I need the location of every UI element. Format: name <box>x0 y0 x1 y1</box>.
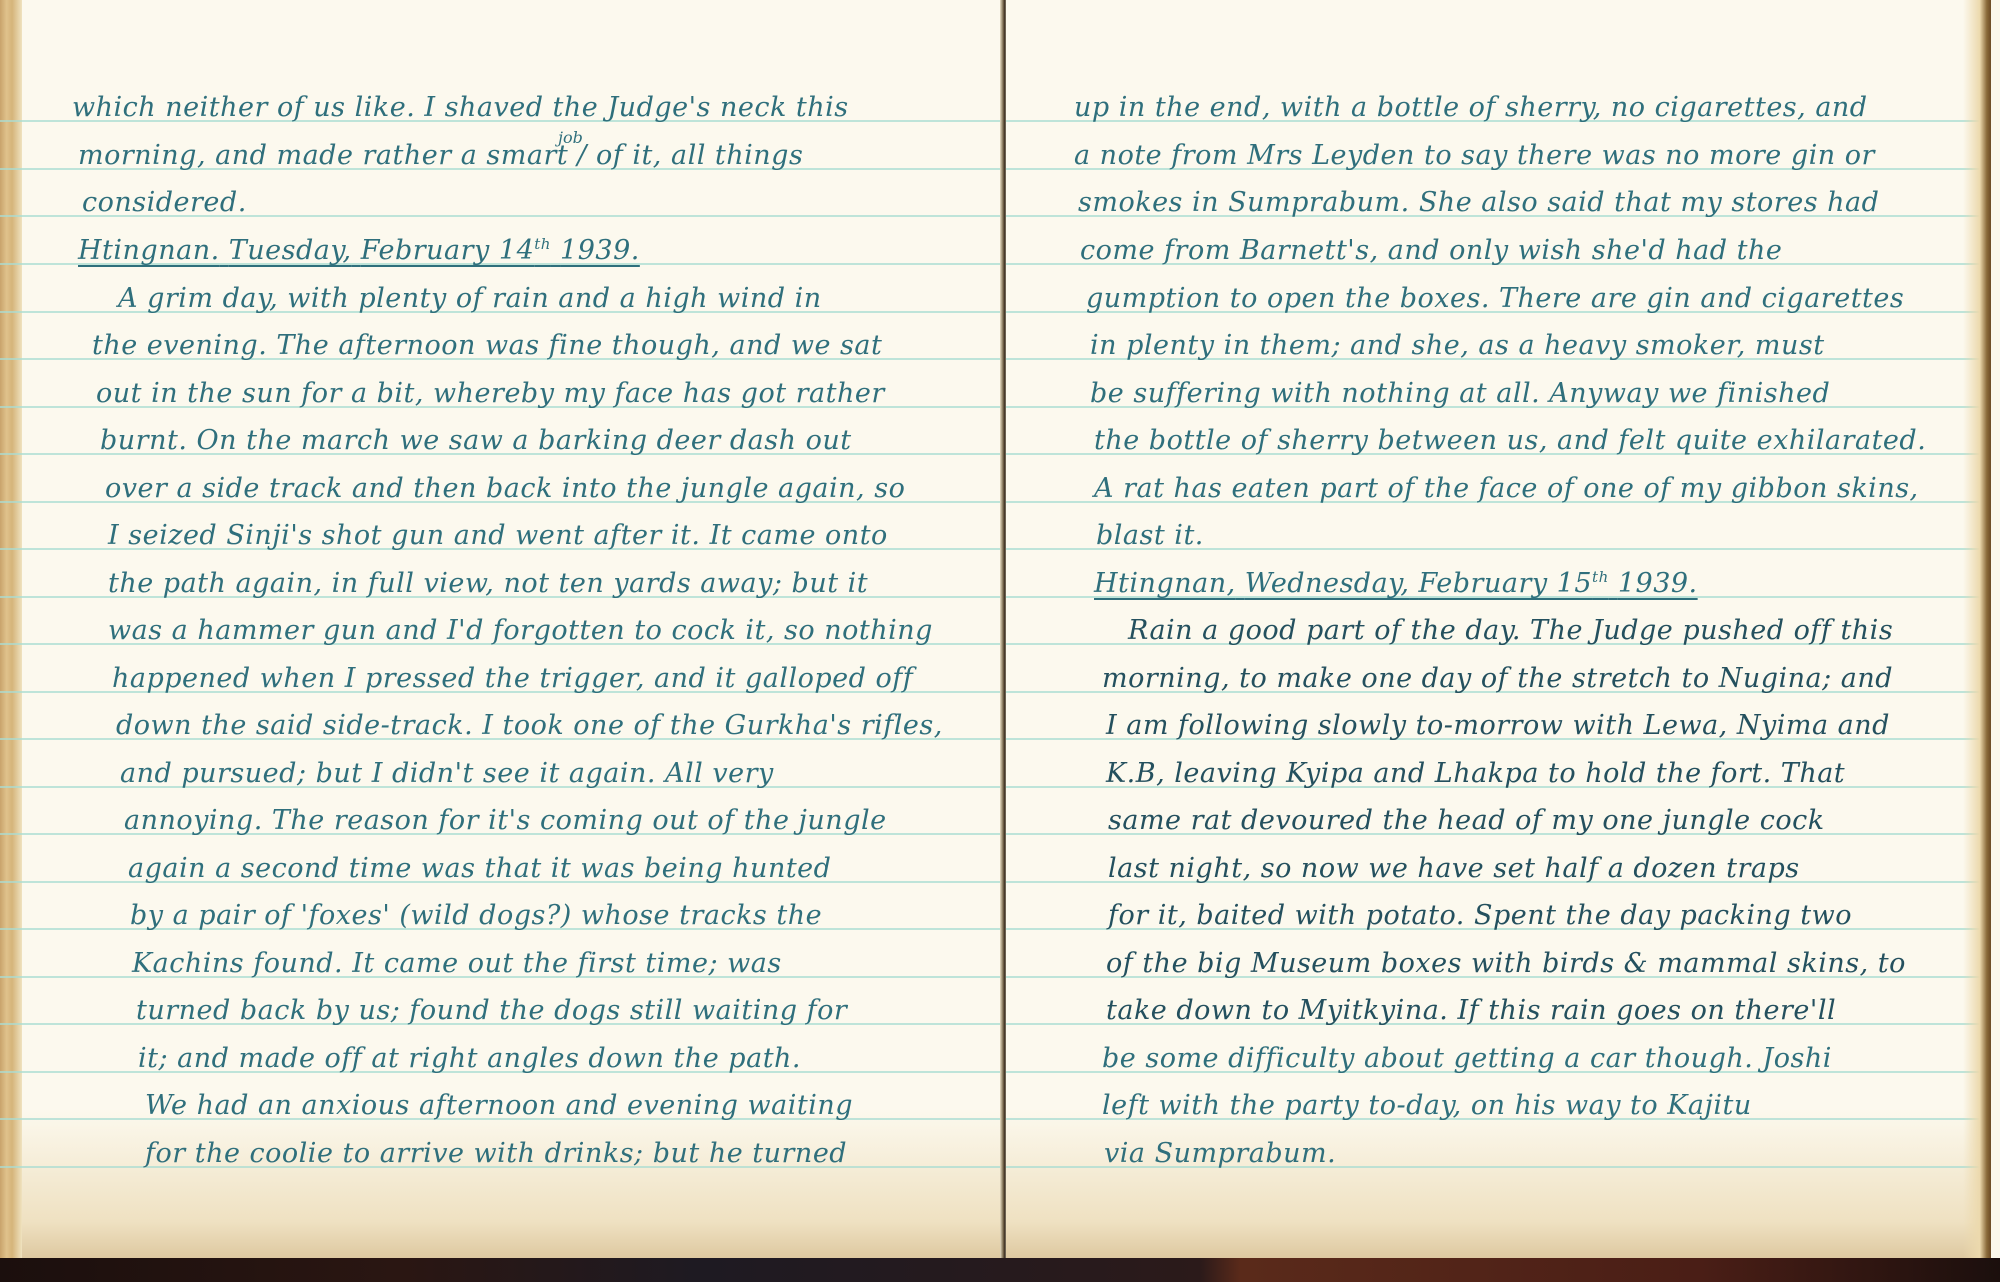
background-surface <box>0 1258 2000 1282</box>
heading-day: Tuesday, <box>229 235 352 266</box>
diary-line: smokes in Sumprabum. She also said that … <box>1078 187 1879 218</box>
heading-year: 1939. <box>560 235 640 266</box>
diary-line: again a second time was that it was bein… <box>128 853 831 884</box>
diary-line: for it, baited with potato. Spent the da… <box>1108 900 1852 931</box>
heading-ordinal: th <box>1592 568 1609 586</box>
left-page: which neither of us like. I shaved the J… <box>0 0 1002 1260</box>
diary-line: down the said side-track. I took one of … <box>116 710 943 741</box>
heading-year: 1939. <box>1618 568 1698 599</box>
diary-line: the path again, in full view, not ten ya… <box>108 568 868 599</box>
diary-line: left with the party to-day, on his way t… <box>1102 1090 1752 1121</box>
diary-line: I am following slowly to-morrow with Lew… <box>1106 710 1890 741</box>
diary-line: K.B, leaving Kyipa and Lhakpa to hold th… <box>1106 758 1845 789</box>
heading-day: Wednesday, <box>1245 568 1410 599</box>
diary-line: and pursued; but I didn't see it again. … <box>120 758 774 789</box>
diary-line: blast it. <box>1096 520 1204 551</box>
diary-line: in plenty in them; and she, as a heavy s… <box>1090 330 1825 361</box>
diary-line: morning, and made rather a smart / of it… <box>78 140 803 171</box>
right-page: up in the end, with a bottle of sherry, … <box>1006 0 1991 1260</box>
diary-line: by a pair of 'foxes' (wild dogs?) whose … <box>130 900 822 931</box>
diary-line: turned back by us; found the dogs still … <box>136 995 847 1026</box>
diary-line: via Sumprabum. <box>1104 1138 1336 1169</box>
diary-line: which neither of us like. I shaved the J… <box>72 92 849 123</box>
diary-line: take down to Myitkyina. If this rain goe… <box>1106 995 1836 1026</box>
diary-line: Kachins found. It came out the first tim… <box>132 948 782 979</box>
diary-line: gumption to open the boxes. There are gi… <box>1086 283 1904 314</box>
diary-line: it; and made off at right angles down th… <box>138 1043 801 1074</box>
diary-line: up in the end, with a bottle of sherry, … <box>1074 92 1868 123</box>
diary-line: was a hammer gun and I'd forgotten to co… <box>108 615 933 646</box>
diary-line: burnt. On the march we saw a barking dee… <box>100 425 852 456</box>
diary-line: for the coolie to arrive with drinks; bu… <box>145 1138 847 1169</box>
diary-line: be suffering with nothing at all. Anyway… <box>1090 378 1830 409</box>
diary-line: out in the sun for a bit, whereby my fac… <box>96 378 885 409</box>
diary-line: be some difficulty about getting a car t… <box>1102 1043 1832 1074</box>
diary-line: A rat has eaten part of the face of one … <box>1094 473 1919 504</box>
diary-line: annoying. The reason for it's coming out… <box>124 805 887 836</box>
diary-line: I seized Sinji's shot gun and went after… <box>108 520 888 551</box>
diary-line: over a side track and then back into the… <box>105 473 905 504</box>
diary-line: We had an anxious afternoon and evening … <box>145 1090 853 1121</box>
heading-date: February 14 <box>361 235 535 266</box>
heading-place: Htingnan. <box>78 235 220 266</box>
diary-line: come from Barnett's, and only wish she'd… <box>1080 235 1782 266</box>
heading-place: Htingnan, <box>1094 568 1236 599</box>
diary-line: same rat devoured the head of my one jun… <box>1108 805 1825 836</box>
diary-line: last night, so now we have set half a do… <box>1108 853 1800 884</box>
diary-line: Rain a good part of the day. The Judge p… <box>1128 615 1893 646</box>
heading-date: February 15 <box>1419 568 1593 599</box>
diary-line: the bottle of sherry between us, and fel… <box>1094 425 1926 456</box>
diary-line: a note from Mrs Leyden to say there was … <box>1074 140 1875 171</box>
diary-line: of the big Museum boxes with birds & mam… <box>1106 948 1906 979</box>
diary-line: A grim day, with plenty of rain and a hi… <box>118 283 822 314</box>
entry-heading-feb-15: Htingnan, Wednesday, February 15th 1939. <box>1094 568 1698 599</box>
notebook-spread: which neither of us like. I shaved the J… <box>0 0 2000 1262</box>
entry-heading-feb-14: Htingnan. Tuesday, February 14th 1939. <box>78 235 640 266</box>
diary-line: happened when I pressed the trigger, and… <box>112 663 913 694</box>
heading-ordinal: th <box>534 235 551 253</box>
diary-line: considered. <box>82 187 247 218</box>
diary-line: morning, to make one day of the stretch … <box>1102 663 1893 694</box>
diary-line: the evening. The afternoon was fine thou… <box>92 330 882 361</box>
